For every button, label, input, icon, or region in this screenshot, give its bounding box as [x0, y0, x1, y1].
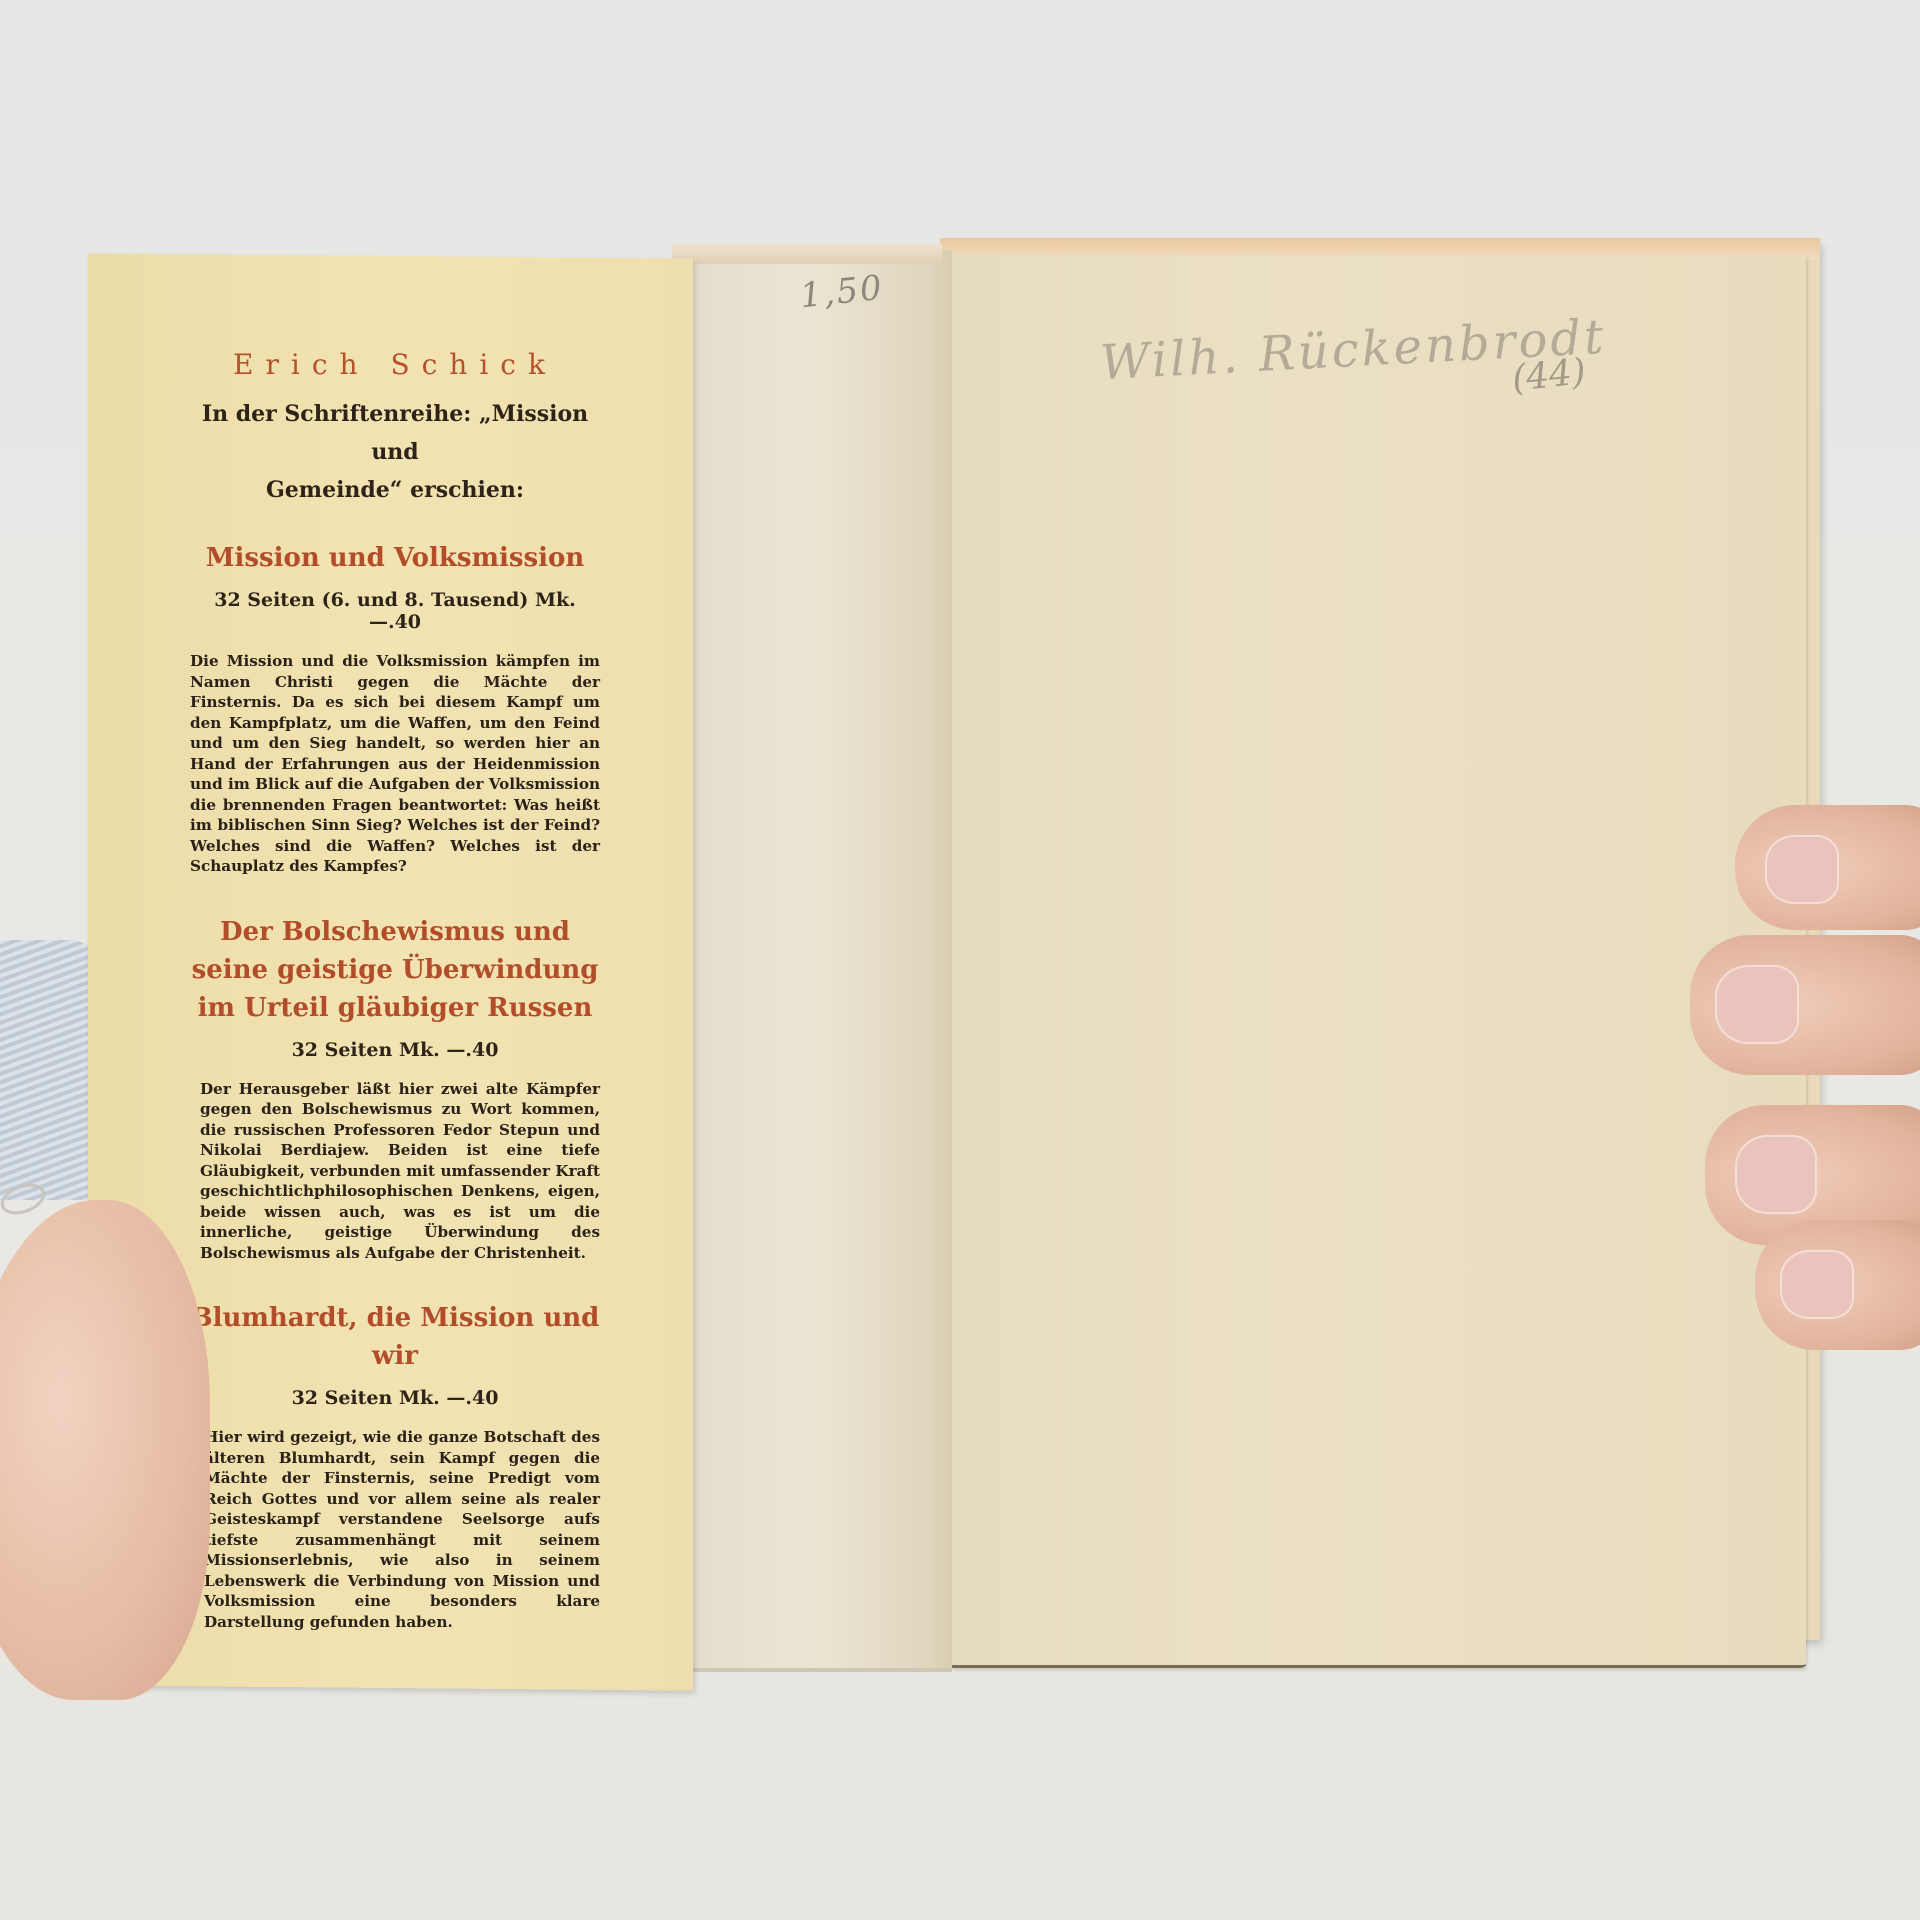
fingernail [1735, 1135, 1817, 1214]
book-entry: Mission und Volksmission 32 Seiten (6. u… [190, 539, 600, 877]
knitted-cloth [0, 940, 100, 1200]
book-entry: Blumhardt, die Mission und wir 32 Seiten… [190, 1299, 600, 1632]
fingernail [1715, 965, 1799, 1044]
fingernail [1765, 835, 1839, 904]
fingernail [1780, 1250, 1854, 1319]
book-entry: Der Bolschewismus und seine geistige Übe… [190, 913, 600, 1264]
book-price: 32 Seiten Mk. —.40 [190, 1039, 600, 1061]
pencil-number: (44) [1510, 351, 1588, 400]
book-title: Mission und Volksmission [190, 539, 600, 577]
flap-text: Erich Schick In der Schriftenreihe: „Mis… [190, 340, 600, 1632]
series-intro-line-2: Gemeinde“ erschien: [190, 471, 600, 509]
book-title: Der Bolschewismus und seine geistige Übe… [190, 913, 600, 1027]
book-title: Blumhardt, die Mission und wir [190, 1299, 600, 1375]
free-endpaper [952, 255, 1806, 1668]
series-intro-line-1: In der Schriftenreihe: „Mission und [190, 395, 600, 471]
gutter-pastedown [672, 250, 952, 1672]
left-hand [0, 1200, 210, 1700]
author-name: Erich Schick [190, 348, 600, 381]
book-blurb: Der Herausgeber läßt hier zwei alte Kämp… [190, 1079, 600, 1264]
book-blurb: Die Mission und die Volksmission kämpfen… [190, 651, 600, 877]
book-price: 32 Seiten (6. und 8. Tausend) Mk. —.40 [190, 589, 600, 633]
book-price: 32 Seiten Mk. —.40 [190, 1387, 600, 1409]
book-blurb: Hier wird gezeigt, wie die ganze Botscha… [190, 1427, 600, 1632]
spine-top-edge [672, 244, 942, 264]
book-photo: Wilh. Rückenbrodt (44) 1,50 Erich Schick… [0, 0, 1920, 1920]
